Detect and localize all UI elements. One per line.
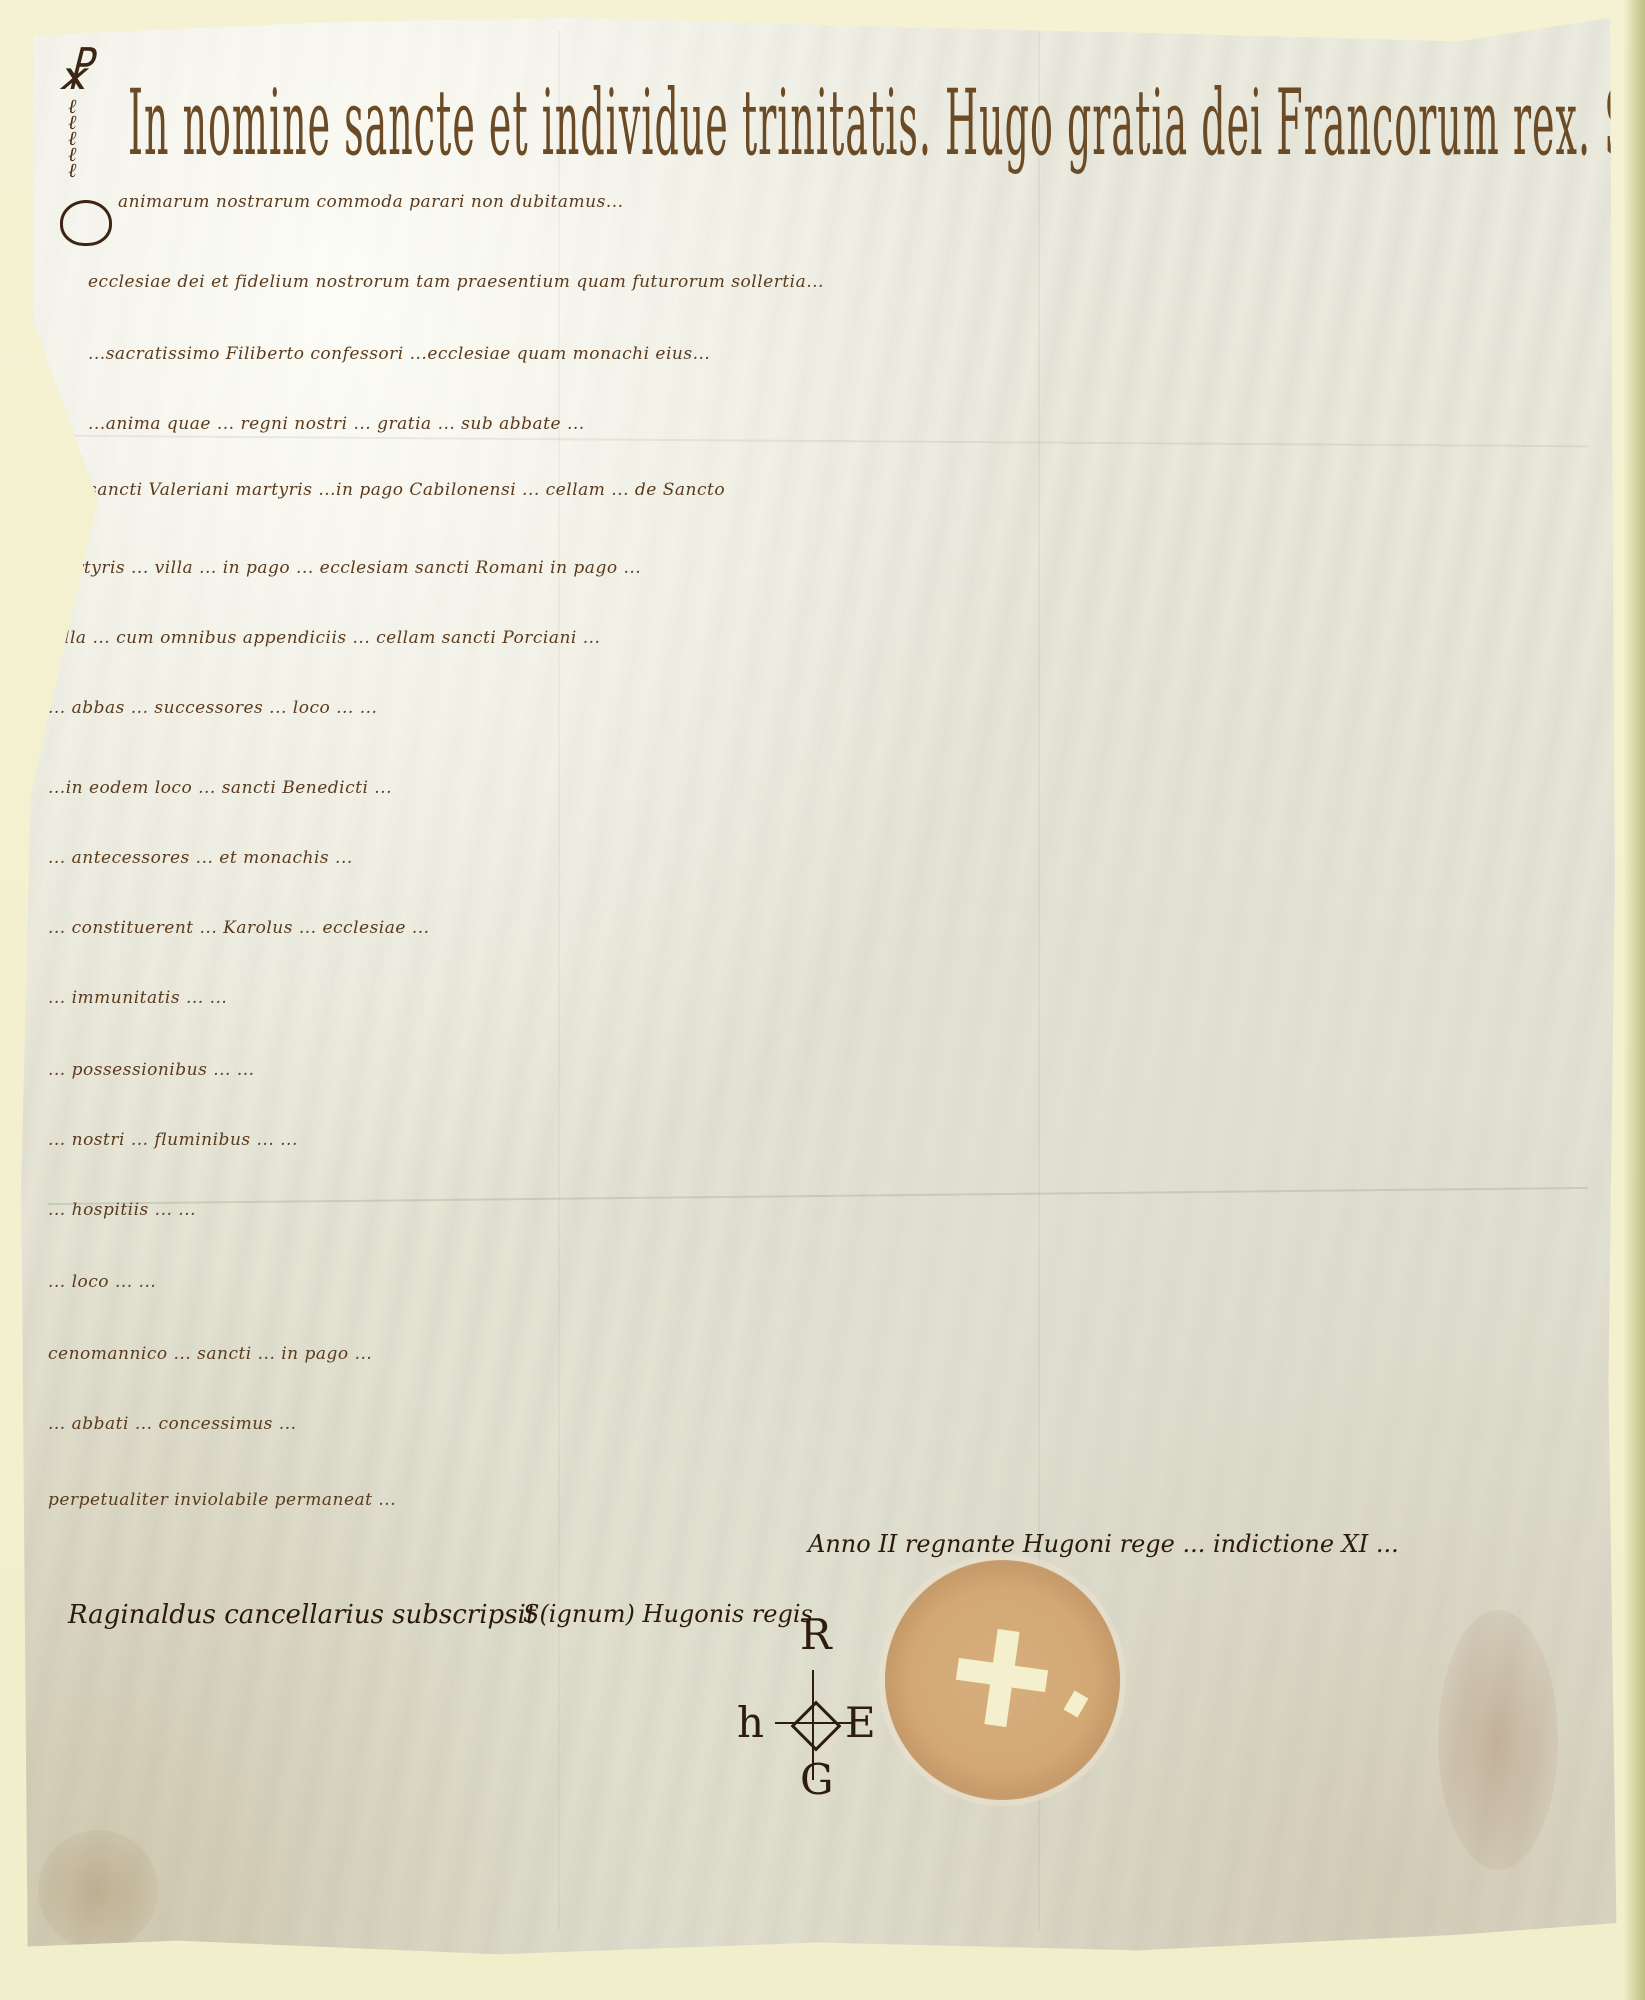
stain xyxy=(1438,1610,1558,1870)
text-line: ... hospitiis ... ... xyxy=(48,1200,196,1220)
text-line: ... abbati ... concessimus ... xyxy=(48,1414,297,1434)
text-line: cenomannico ... sancti ... in pago ... xyxy=(48,1344,372,1364)
text-line: ... abbas ... successores ... loco ... .… xyxy=(48,698,377,718)
text-line: perpetualiter inviolabile permaneat ... xyxy=(48,1490,396,1510)
invocation-line: In nomine sancte et individue trinitatis… xyxy=(128,70,1645,176)
monogram-letter-h: h xyxy=(737,1698,764,1747)
text-line: ... immunitatis ... ... xyxy=(48,988,227,1008)
text-line: villa ... cum omnibus appendiciis ... ce… xyxy=(48,628,600,648)
horizontal-fold xyxy=(48,1187,1588,1205)
text-line: ...sacratissimo Filiberto confessori ...… xyxy=(88,344,710,364)
text-line: ... nostri ... fluminibus ... ... xyxy=(48,1130,298,1150)
initial-letter xyxy=(60,200,112,246)
chrismon: ☧ ℓℓℓℓℓ xyxy=(56,50,96,220)
monogram-letter-e: E xyxy=(845,1698,876,1747)
text-line: ecclesiae dei et fidelium nostrorum tam … xyxy=(88,272,824,292)
text-line: ...anima quae ... regni nostri ... grati… xyxy=(88,414,585,434)
chancellor-subscription: Raginaldus cancellarius subscripsit xyxy=(68,1600,536,1630)
seal-chip xyxy=(1064,1690,1089,1717)
royal-monogram: R h E G xyxy=(725,1610,895,1810)
monogram-letter-g: G xyxy=(800,1755,834,1804)
dating-clause: Anno II regnante Hugoni rege ... indicti… xyxy=(808,1530,1399,1558)
text-line: sancti Valeriani martyris ...in pago Cab… xyxy=(88,480,725,500)
text-line: ... possessionibus ... ... xyxy=(48,1060,255,1080)
right-edge-shadow xyxy=(1623,0,1645,2000)
text-line: ... loco ... ... xyxy=(48,1272,156,1292)
wax-seal xyxy=(885,1560,1120,1800)
text-line: ... constituerent ... Karolus ... eccles… xyxy=(48,918,430,938)
monogram-diamond xyxy=(791,1701,842,1752)
monogram-letter-r: R xyxy=(800,1610,832,1659)
text-line: martyris ... villa ... in pago ... eccle… xyxy=(48,558,641,578)
horizontal-fold xyxy=(48,435,1588,448)
text-line: ... antecessores ... et monachis ... xyxy=(48,848,353,868)
vertical-fold xyxy=(558,30,560,1930)
stain xyxy=(38,1830,158,1950)
text-line: animarum nostrarum commoda parari non du… xyxy=(118,192,624,212)
text-line: ...in eodem loco ... sancti Benedicti ..… xyxy=(48,778,392,798)
chrismon-glyph: ☧ xyxy=(56,46,92,100)
chrismon-scroll: ℓℓℓℓℓ xyxy=(68,98,76,178)
